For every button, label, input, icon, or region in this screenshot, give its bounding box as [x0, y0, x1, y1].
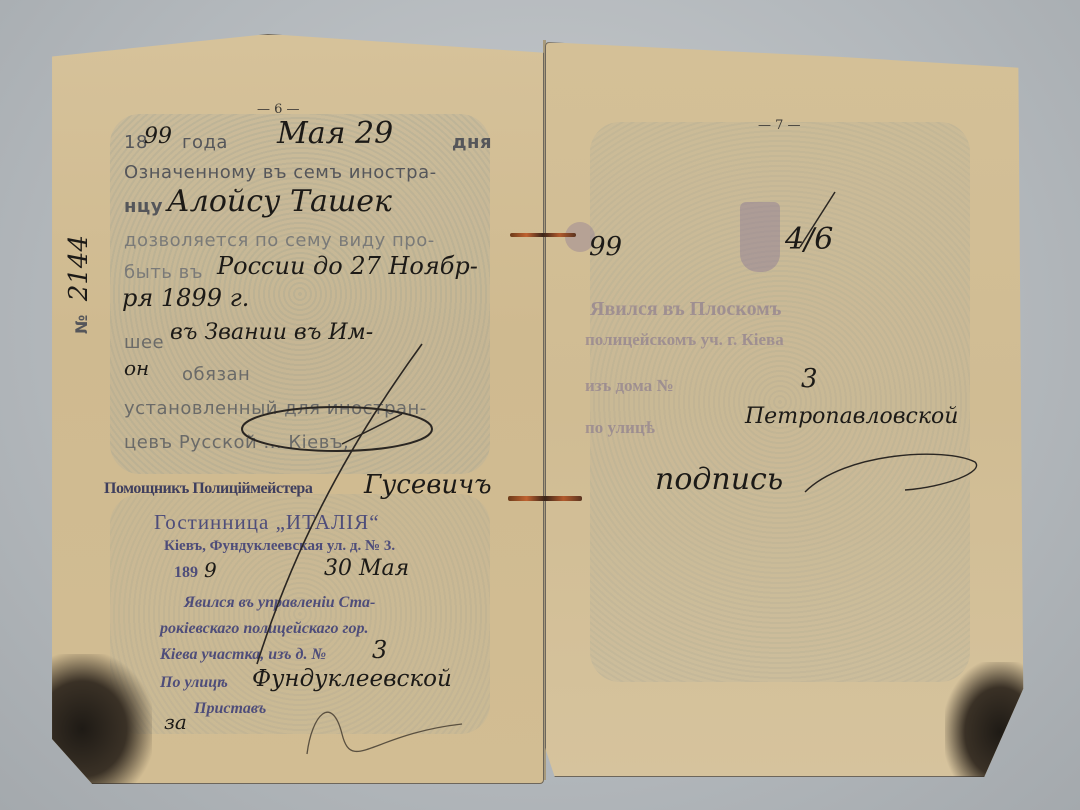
right-page: — 7 — 99 4/6 Явился въ Плоскомъ полицейс…: [545, 42, 1033, 777]
rust-staple-top: [510, 233, 576, 237]
handwritten-strokes: [42, 34, 544, 784]
left-page: — 6 — № 2144 18 99 года Мая 29 дня Означ…: [42, 34, 544, 784]
rust-staple-bottom: [508, 496, 582, 501]
handwritten-strokes: [545, 42, 1033, 777]
